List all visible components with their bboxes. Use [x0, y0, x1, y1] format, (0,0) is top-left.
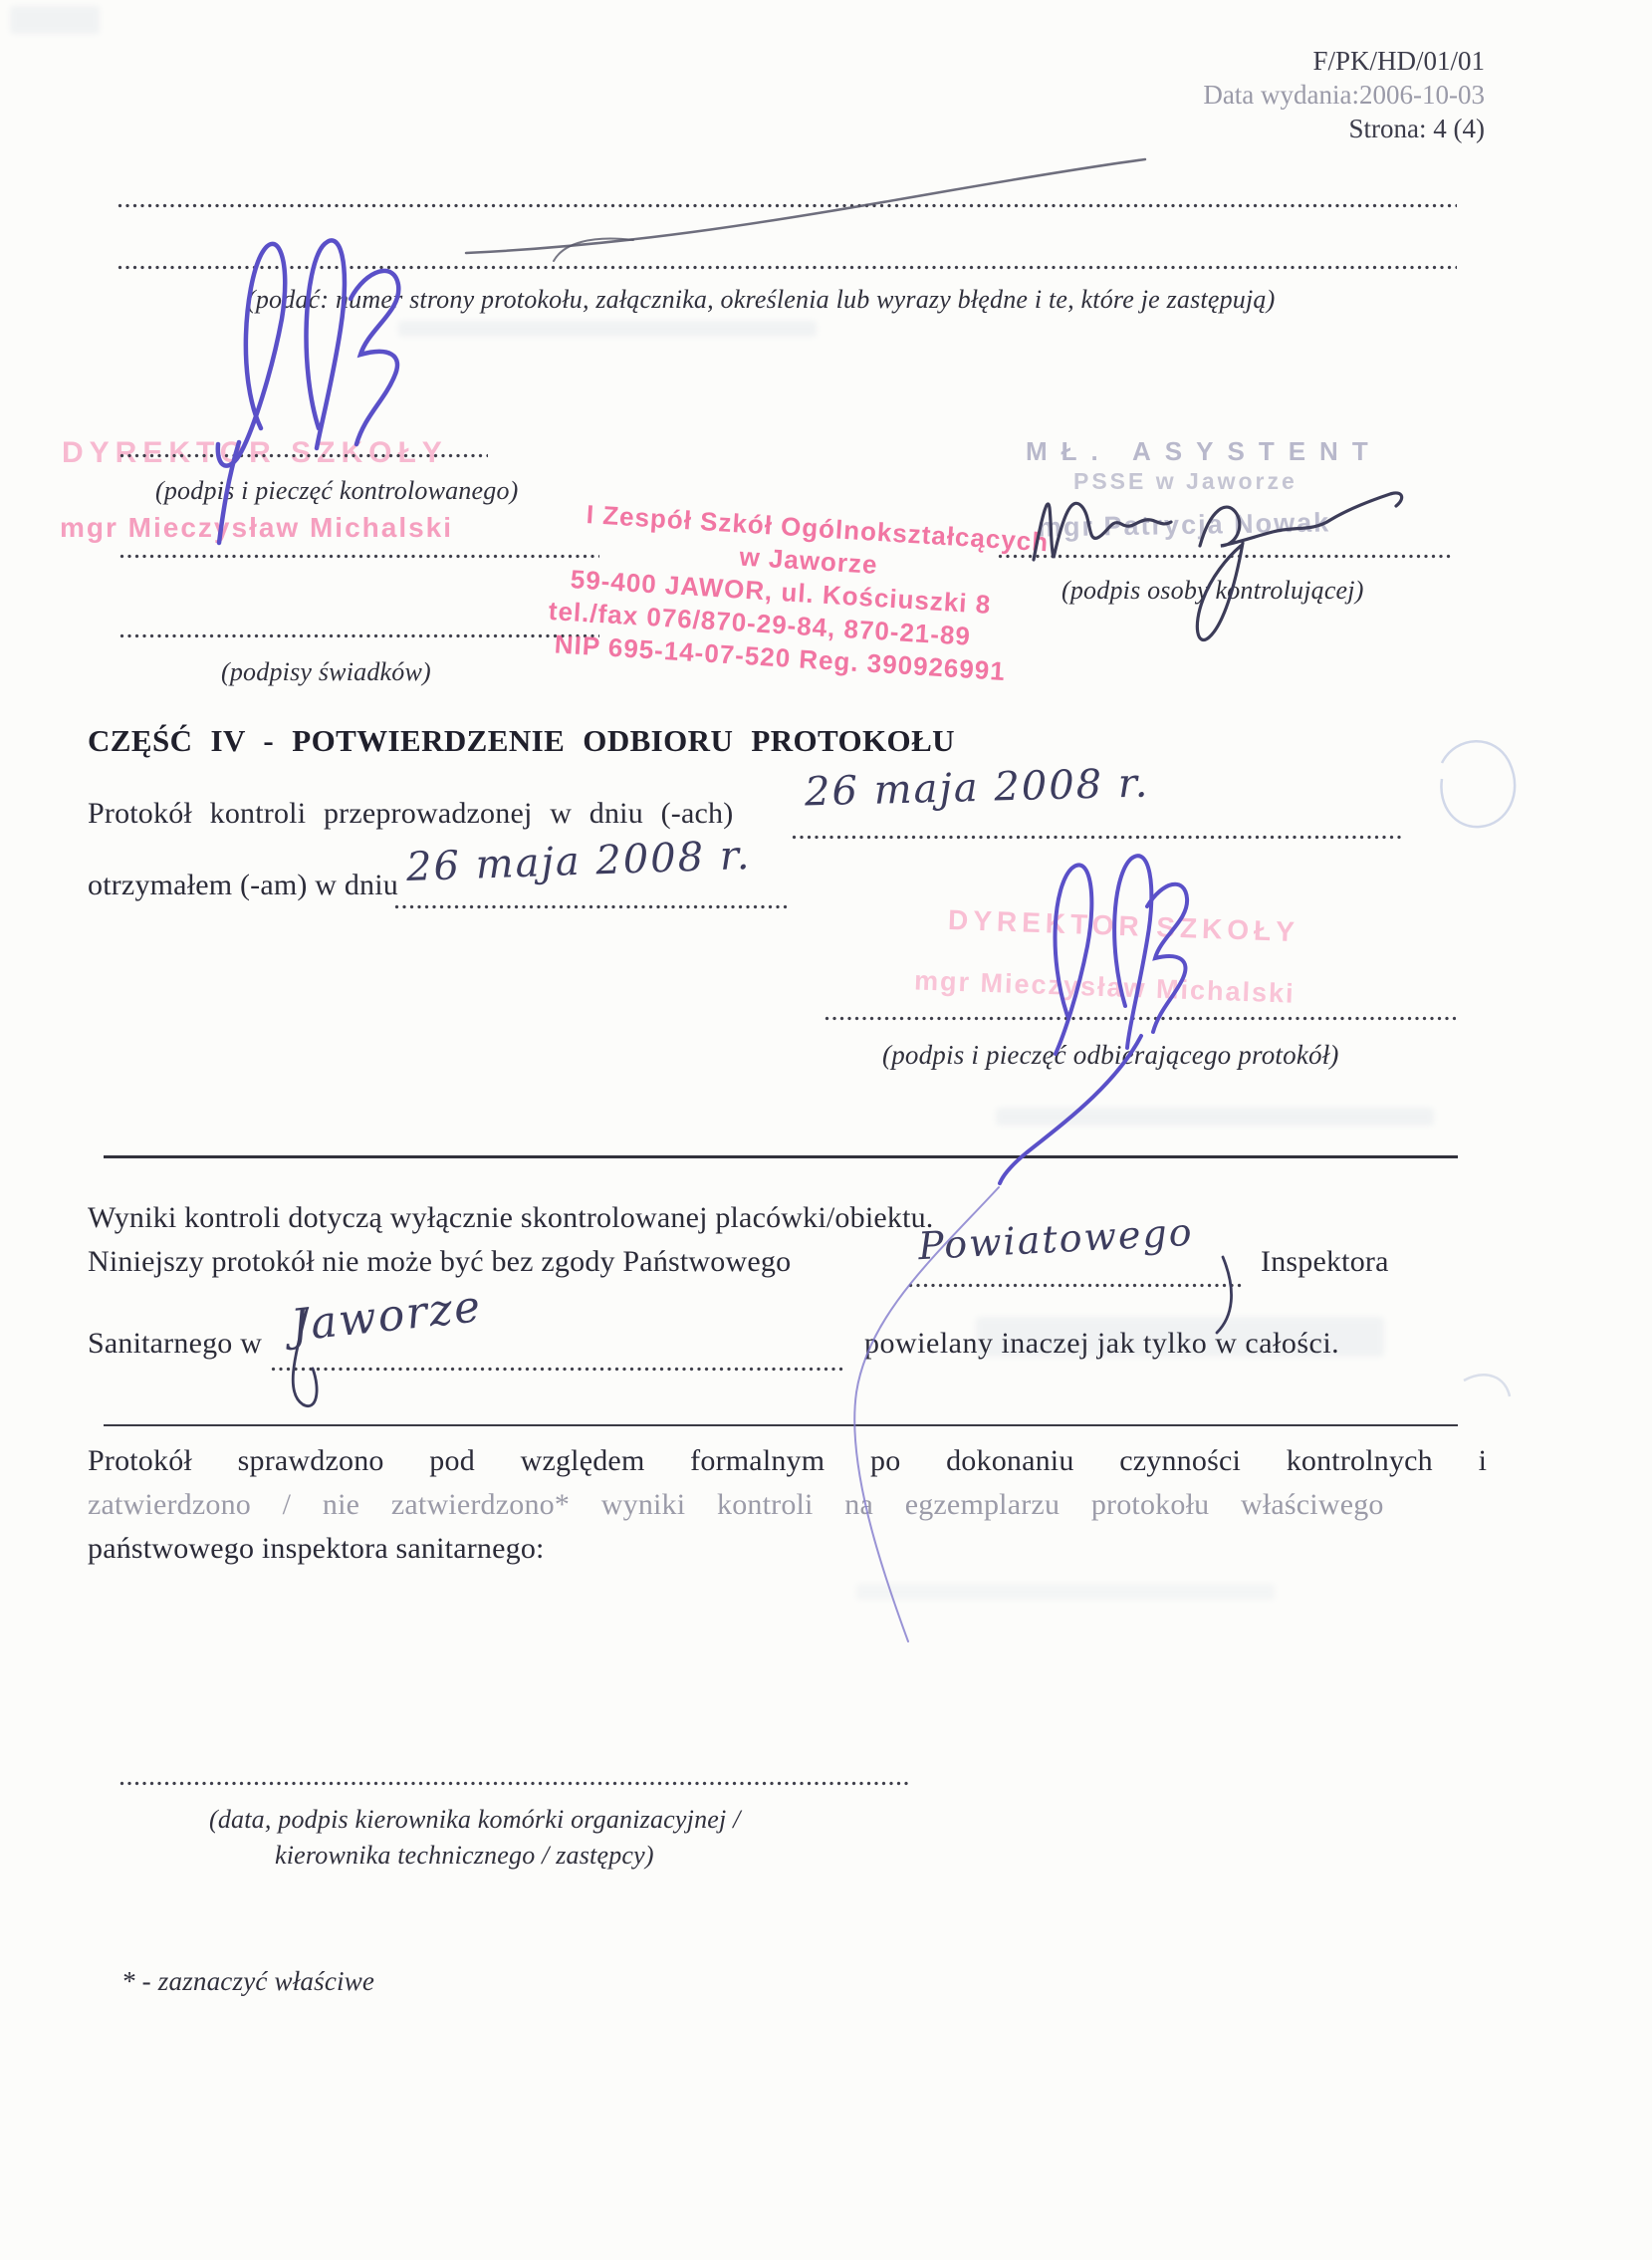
- handwritten-powiatowego: Powiatowego: [917, 1210, 1195, 1268]
- scan-artifact: [10, 6, 100, 34]
- form-code: F/PK/HD/01/01: [1312, 46, 1485, 77]
- dotted-line: [394, 904, 791, 909]
- dotted-line: [825, 1016, 1456, 1021]
- notice-line3-suffix: powielany inaczej jak tylko w całości.: [864, 1327, 1339, 1361]
- handwritten-date-1: 26 maja 2008 r.: [804, 760, 1149, 815]
- approval-caption-line1: (data, podpis kierownika komórki organiz…: [209, 1805, 741, 1835]
- footnote-text: * - zaznaczyć właściwe: [121, 1966, 374, 1997]
- bleed-through-text: [398, 321, 817, 337]
- part4-line2-text: otrzymałem (-am) w dniu: [88, 869, 398, 902]
- dotted-line: [271, 1367, 846, 1372]
- pen-strokes-overlay: [0, 0, 1652, 2260]
- dotted-line: [119, 453, 488, 458]
- dotted-line: [792, 835, 1401, 840]
- notice-line3-text: Sanitarnego w: [88, 1327, 262, 1361]
- dotted-line: [118, 203, 1457, 208]
- bleed-through-text: [856, 1584, 1275, 1600]
- inspector-signature-caption: (podpis osoby kontrolującej): [1062, 576, 1364, 606]
- notice-line1: Wyniki kontroli dotyczą wyłącznie skontr…: [88, 1201, 934, 1235]
- receiver-signature-caption: (podpis i pieczęć odbierającego protokół…: [882, 1040, 1339, 1071]
- receiver-stamp-name: mgr Mieczysław Michalski: [914, 965, 1296, 1009]
- approval-line1: Protokół sprawdzono pod względem formaln…: [88, 1444, 1487, 1478]
- dotted-line: [119, 633, 599, 638]
- witnesses-caption: (podpisy świadków): [221, 657, 431, 687]
- part4-line1-text: Protokół kontroli przeprowadzonej w dniu…: [88, 797, 733, 831]
- dotted-line: [118, 265, 1457, 270]
- school-stamp: I Zespół Szkół Ogólnokształcących w Jawo…: [544, 496, 1070, 691]
- inspector-stamp-title: MŁ. ASYSTENT: [1026, 436, 1382, 467]
- horizontal-rule: [104, 1424, 1458, 1426]
- notice-line2-text: Niniejszy protokół nie może być bez zgod…: [88, 1245, 791, 1279]
- document-page: F/PK/HD/01/01 Data wydania:2006-10-03 St…: [0, 0, 1652, 2260]
- controlled-stamp-name: mgr Mieczysław Michalski: [60, 512, 453, 544]
- receiver-stamp-title: DYREKTOR SZKOŁY: [948, 904, 1300, 948]
- handwritten-date-2: 26 maja 2008 r.: [405, 833, 752, 890]
- inspector-stamp-name: mgr Patrycja Nowak: [1038, 507, 1331, 543]
- issue-date: Data wydania:2006-10-03: [1203, 80, 1485, 111]
- part4-heading: CZĘŚĆ IV - POTWIERDZENIE ODBIORU PROTOKO…: [88, 723, 955, 759]
- handwritten-jaworze: Jaworze: [289, 1281, 485, 1352]
- scan-ring-artifact: [1441, 741, 1515, 827]
- notice-line2-suffix: Inspektora: [1261, 1245, 1389, 1279]
- approval-line2-faded: zatwierdzono / nie zatwierdzono* wyniki …: [88, 1488, 1384, 1522]
- page-number: Strona: 4 (4): [1349, 114, 1485, 144]
- bleed-through-text: [996, 1108, 1434, 1126]
- dotted-line: [998, 554, 1454, 559]
- horizontal-rule: [104, 1155, 1458, 1158]
- correction-caption: (podać: numer strony protokołu, załączni…: [247, 285, 1275, 315]
- approval-caption-line2: kierownika technicznego / zastępcy): [275, 1841, 654, 1871]
- dotted-line: [119, 554, 599, 559]
- inspector-stamp-org: PSSE w Jaworze: [1073, 468, 1298, 495]
- scan-ring-artifact: [1464, 1375, 1510, 1396]
- pen-stroke: [554, 239, 633, 261]
- approval-line3: państwowego inspektora sanitarnego:: [88, 1532, 545, 1566]
- dotted-line: [119, 1781, 908, 1786]
- dotted-line: [908, 1283, 1245, 1288]
- controlled-signature-caption: (podpis i pieczęć kontrolowanego): [155, 476, 519, 506]
